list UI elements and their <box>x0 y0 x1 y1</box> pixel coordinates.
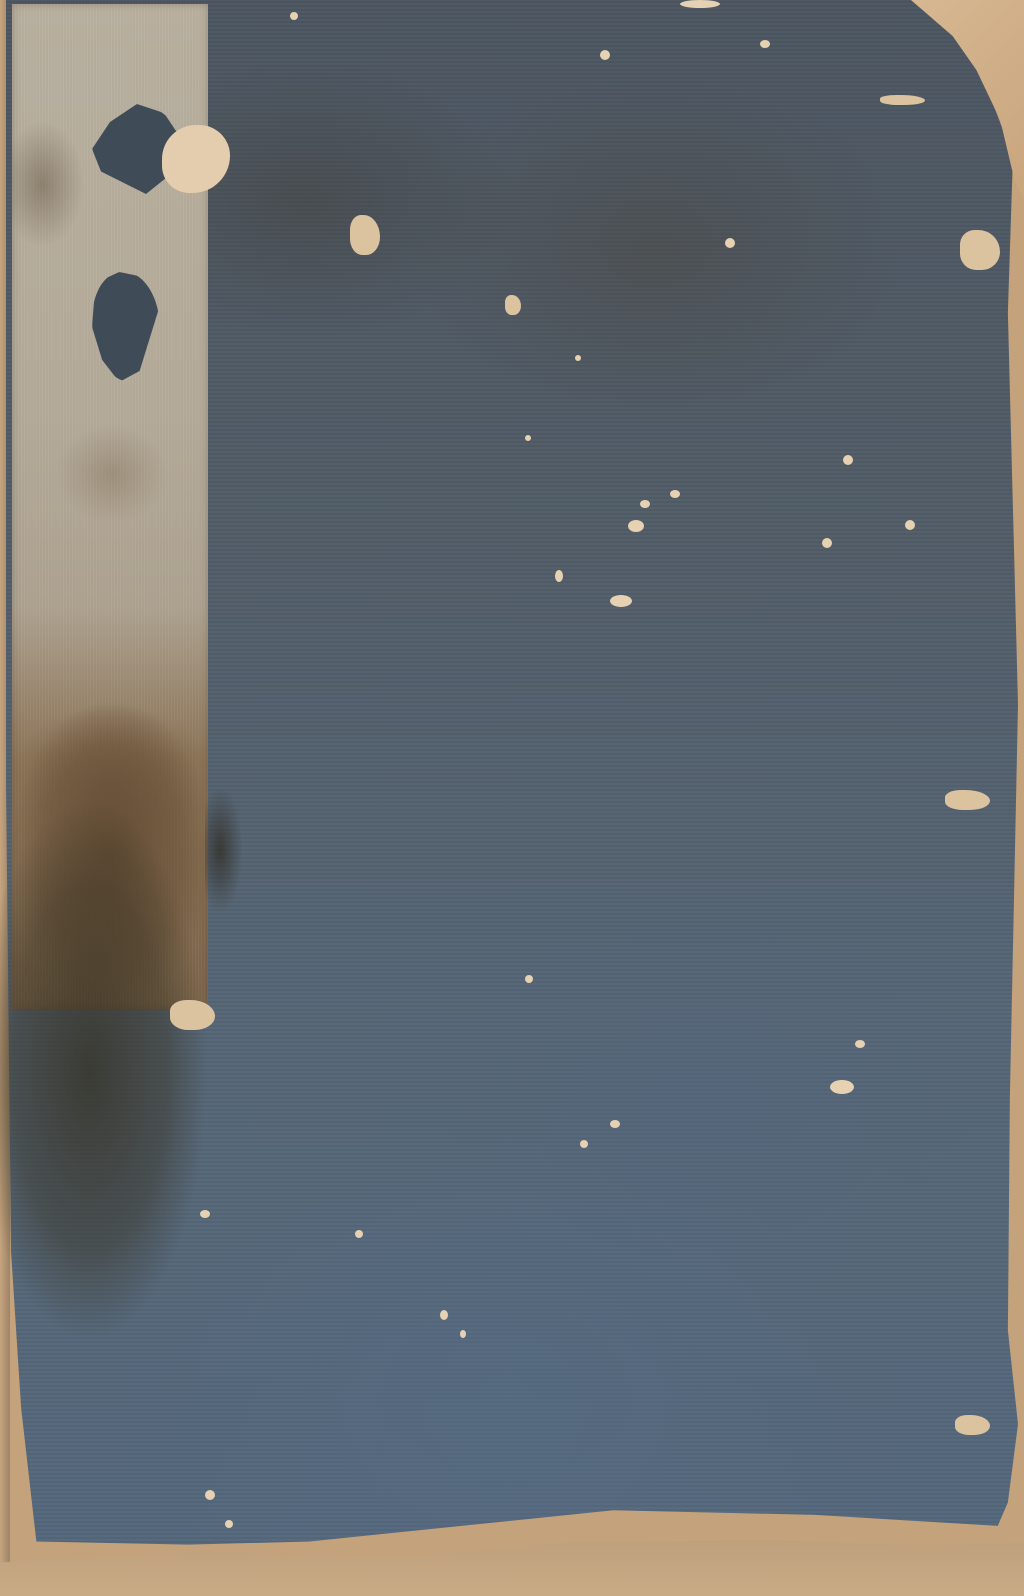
worn-speck <box>225 1520 233 1528</box>
worn-speck <box>200 1210 210 1218</box>
worn-speck <box>760 40 770 48</box>
worn-speck <box>610 1120 620 1128</box>
worn-speck <box>960 230 1000 270</box>
worn-speck <box>822 538 832 548</box>
worn-speck <box>505 295 521 315</box>
worn-speck <box>575 355 581 361</box>
worn-speck <box>460 1330 466 1338</box>
worn-speck <box>680 0 720 8</box>
worn-speck <box>350 215 380 255</box>
worn-speck <box>855 1040 865 1048</box>
worn-speck <box>725 238 735 248</box>
worn-speck <box>205 1490 215 1500</box>
worn-speck <box>600 50 610 60</box>
worn-speck <box>905 520 915 530</box>
worn-speck <box>945 790 990 810</box>
worn-speck <box>290 12 298 20</box>
worn-speck <box>555 570 563 582</box>
worn-speck <box>170 1000 215 1030</box>
worn-speck <box>525 975 533 983</box>
book-cover <box>0 0 1024 1596</box>
worn-bottom-edge <box>0 1540 1024 1596</box>
worn-speck <box>440 1310 448 1320</box>
water-stain <box>205 770 255 930</box>
worn-speck <box>610 595 632 607</box>
worn-speck <box>830 1080 854 1094</box>
worn-speck <box>628 520 644 532</box>
worn-speck <box>355 1230 363 1238</box>
worn-speck <box>525 435 531 441</box>
worn-speck <box>580 1140 588 1148</box>
worn-speck <box>880 95 925 105</box>
worn-speck <box>843 455 853 465</box>
worn-speck <box>670 490 680 498</box>
worn-speck <box>955 1415 990 1435</box>
worn-speck <box>640 500 650 508</box>
